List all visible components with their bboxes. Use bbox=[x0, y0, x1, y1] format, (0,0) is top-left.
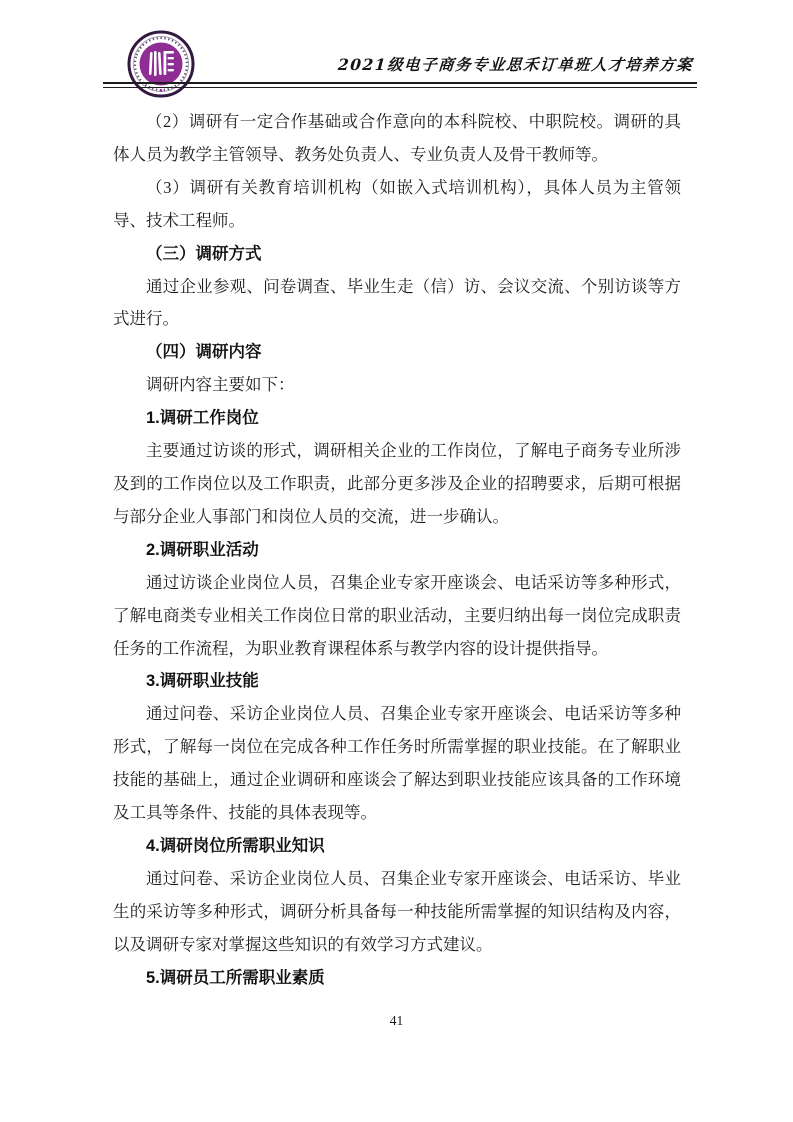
section-heading: 2.调研职业活动 bbox=[113, 534, 681, 567]
document-page: 2021级电子商务专业思禾订单班人才培养方案 （2）调研有一定合作基础或合作意向… bbox=[0, 0, 793, 1122]
section-heading: 4.调研岗位所需职业知识 bbox=[113, 830, 681, 863]
section-heading: 1.调研工作岗位 bbox=[113, 402, 681, 435]
paragraph: 通过访谈企业岗位人员，召集企业专家开座谈会、电话采访等多种形式，了解电商类专业相… bbox=[113, 567, 681, 666]
seal-bottom-mark bbox=[160, 89, 163, 92]
paragraph: （2）调研有一定合作基础或合作意向的本科院校、中职院校。调研的具体人员为教学主管… bbox=[113, 106, 681, 172]
page-number: 41 bbox=[0, 1013, 793, 1029]
header-document-title: 2021级电子商务专业思禾订单班人才培养方案 bbox=[337, 53, 694, 75]
paragraph: 通过企业参观、问卷调查、毕业生走（信）访、会议交流、个别访谈等方式进行。 bbox=[113, 271, 681, 337]
header-divider bbox=[103, 82, 697, 88]
document-body: （2）调研有一定合作基础或合作意向的本科院校、中职院校。调研的具体人员为教学主管… bbox=[113, 106, 681, 994]
paragraph: 主要通过访谈的形式，调研相关企业的工作岗位，了解电子商务专业所涉及到的工作岗位以… bbox=[113, 435, 681, 534]
paragraph: （3）调研有关教育培训机构（如嵌入式培训机构），具体人员为主管领导、技术工程师。 bbox=[113, 172, 681, 238]
section-heading: 5.调研员工所需职业素质 bbox=[113, 962, 681, 995]
paragraph: 通过问卷、采访企业岗位人员、召集企业专家开座谈会、电话采访等多种形式，了解每一岗… bbox=[113, 698, 681, 830]
section-heading: （三）调研方式 bbox=[113, 238, 681, 271]
section-heading: （四）调研内容 bbox=[113, 336, 681, 369]
section-heading: 3.调研职业技能 bbox=[113, 665, 681, 698]
paragraph: 调研内容主要如下： bbox=[113, 369, 681, 402]
paragraph: 通过问卷、采访企业岗位人员、召集企业专家开座谈会、电话采访、毕业生的采访等多种形… bbox=[113, 863, 681, 962]
